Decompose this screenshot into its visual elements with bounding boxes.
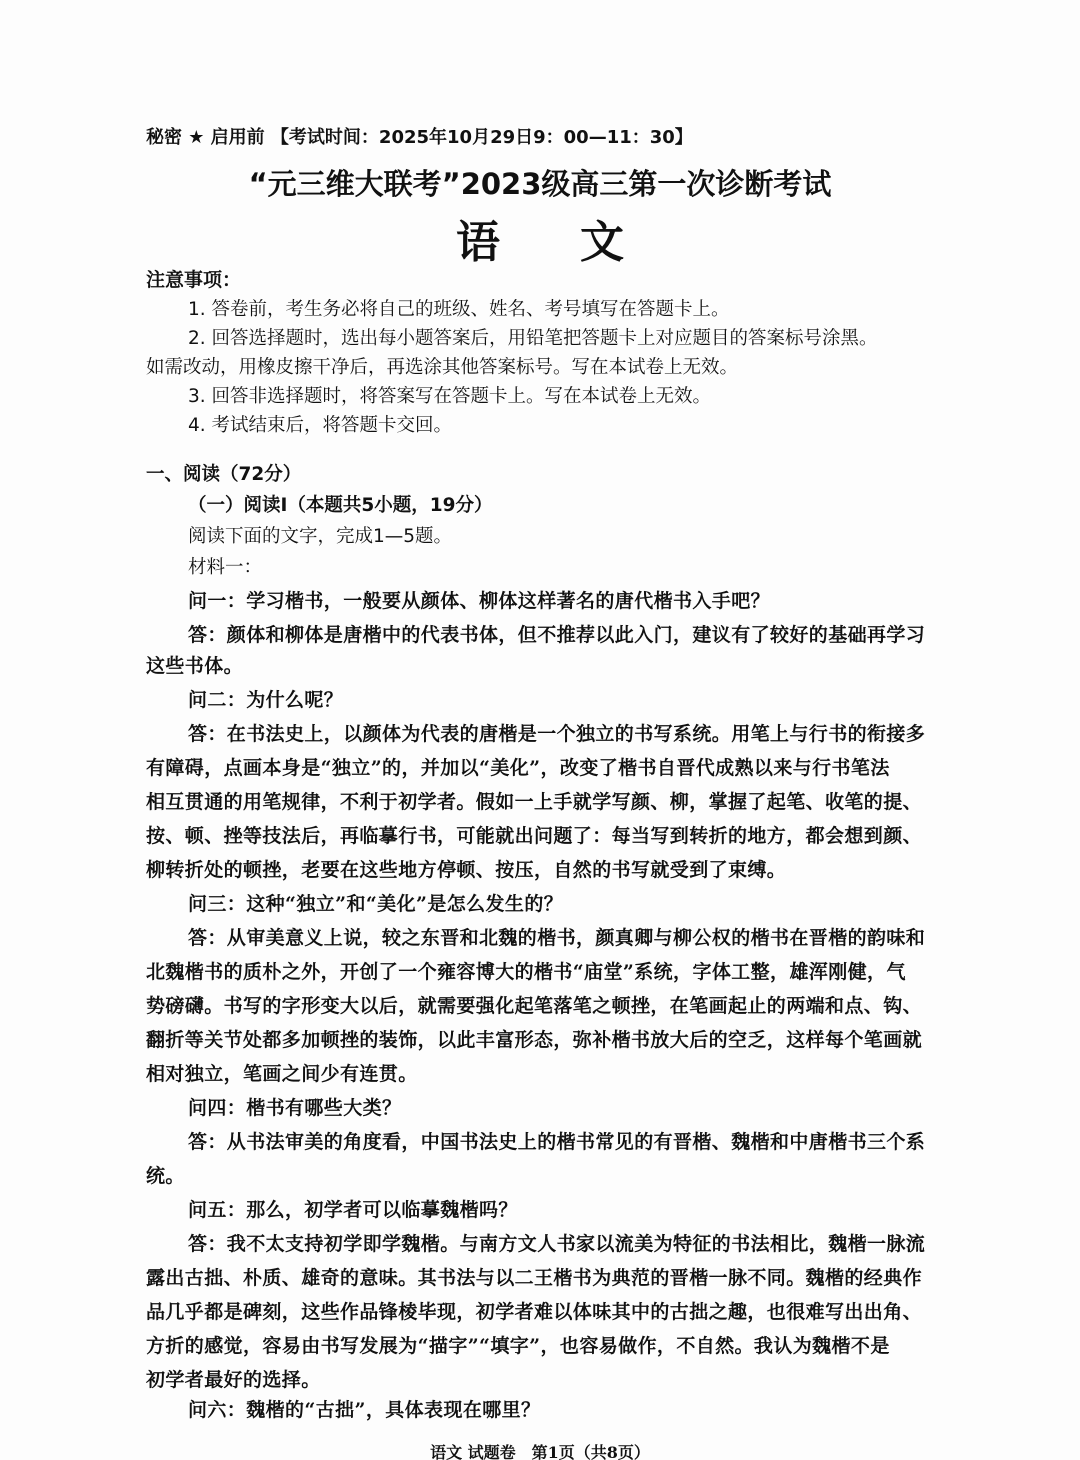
page-footer: 语文 试题卷 第1页（共8页） <box>0 1440 1080 1460</box>
qa-line: 答：颜体和柳体是唐楷中的代表书体，但不推荐以此入门，建议有了较好的基础再学习 <box>188 621 925 649</box>
qa-line: 答：我不太支持初学即学魏楷。与南方文人书家以流美为特征的书法相比，魏楷一脉流 <box>188 1230 925 1258</box>
qa-line: 柳转折处的顿挫，老要在这些地方停顿、按压，自然的书写就受到了束缚。 <box>146 856 786 884</box>
qa-line: 问一：学习楷书，一般要从颜体、柳体这样著名的唐代楷书入手吧？ <box>188 587 770 615</box>
notice-item-4: 4. 考试结束后，将答题卡交回。 <box>188 412 452 440</box>
material-label: 材料一： <box>188 554 262 582</box>
section-instruction: 阅读下面的文字，完成1—5题。 <box>188 523 452 551</box>
qa-line: 北魏楷书的质朴之外，开创了一个雍容博大的楷书“庙堂”系统，字体工整，雄浑刚健，气 <box>146 958 906 986</box>
qa-line: 问五：那么，初学者可以临摹魏楷吗？ <box>188 1196 518 1224</box>
notice-item-2-cont: 如需改动，用橡皮擦干净后，再选涂其他答案标号。写在本试卷上无效。 <box>146 354 738 382</box>
qa-line: 答：从书法审美的角度看，中国书法史上的楷书常见的有晋楷、魏楷和中唐楷书三个系 <box>188 1128 925 1156</box>
section-heading: 一、阅读（72分） <box>146 461 301 489</box>
qa-line: 方折的感觉，容易由书写发展为“描字”“填字”，也容易做作，不自然。我认为魏楷不是 <box>146 1332 890 1360</box>
qa-line: 答：在书法史上，以颜体为代表的唐楷是一个独立的书写系统。用笔上与行书的衔接多 <box>188 720 925 748</box>
qa-line: 问二：为什么呢？ <box>188 686 343 714</box>
notice-item-3: 3. 回答非选择题时，将答案写在答题卡上。写在本试卷上无效。 <box>188 383 711 411</box>
qa-line: 有障碍，点画本身是“独立”的，并加以“美化”，改变了楷书自晋代成熟以来与行书笔法 <box>146 754 890 782</box>
notice-item-1: 1. 答卷前，考生务必将自己的班级、姓名、考号填写在答题卡上。 <box>188 296 730 324</box>
exam-page: 秘密 ★ 启用前 【考试时间：2025年10月29日9：00—11：30】 “元… <box>0 0 1080 1460</box>
qa-line: 势磅礴。书写的字形变大以后，就需要强化起笔落笔之顿挫，在笔画起止的两端和点、钩、 <box>146 992 922 1020</box>
subject-title: 语文 <box>0 206 1080 270</box>
qa-line: 按、顿、挫等技法后，再临摹行书，可能就出问题了：每当写到转折的地方，都会想到颜、 <box>146 822 922 850</box>
qa-line: 答：从审美意义上说，较之东晋和北魏的楷书，颜真卿与柳公权的楷书在晋楷的韵味和 <box>188 924 925 952</box>
confidential-header: 秘密 ★ 启用前 【考试时间：2025年10月29日9：00—11：30】 <box>146 124 693 152</box>
qa-line: 统。 <box>146 1162 185 1190</box>
notice-item-2: 2. 回答选择题时，选出每小题答案后，用铅笔把答题卡上对应题目的答案标号涂黑。 <box>188 325 878 353</box>
qa-line: 初学者最好的选择。 <box>146 1366 321 1394</box>
qa-line: 问四：楷书有哪些大类？ <box>188 1094 401 1122</box>
qa-line: 这些书体。 <box>146 652 243 680</box>
qa-line: 问三：这种“独立”和“美化”是怎么发生的？ <box>188 890 563 918</box>
qa-line: 翻折等关节处都多加顿挫的装饰，以此丰富形态，弥补楷书放大后的空乏，这样每个笔画就 <box>146 1026 922 1054</box>
qa-line: 品几乎都是碑刻，这些作品锋棱毕现，初学者难以体味其中的古拙之趣，也很难写出出角、 <box>146 1298 922 1326</box>
qa-line: 露出古拙、朴质、雄奇的意味。其书法与以二王楷书为典范的晋楷一脉不同。魏楷的经典作 <box>146 1264 922 1292</box>
qa-line: 问六：魏楷的“古拙”，具体表现在哪里？ <box>188 1396 540 1424</box>
notice-heading: 注意事项： <box>146 266 241 294</box>
qa-line: 相互贯通的用笔规律，不利于初学者。假如一上手就学写颜、柳，掌握了起笔、收笔的提、 <box>146 788 922 816</box>
qa-line: 相对独立，笔画之间少有连贯。 <box>146 1060 418 1088</box>
section-subheading: （一）阅读Ⅰ（本题共5小题，19分） <box>188 492 493 520</box>
exam-title: “元三维大联考”2023级高三第一次诊断考试 <box>0 162 1080 203</box>
